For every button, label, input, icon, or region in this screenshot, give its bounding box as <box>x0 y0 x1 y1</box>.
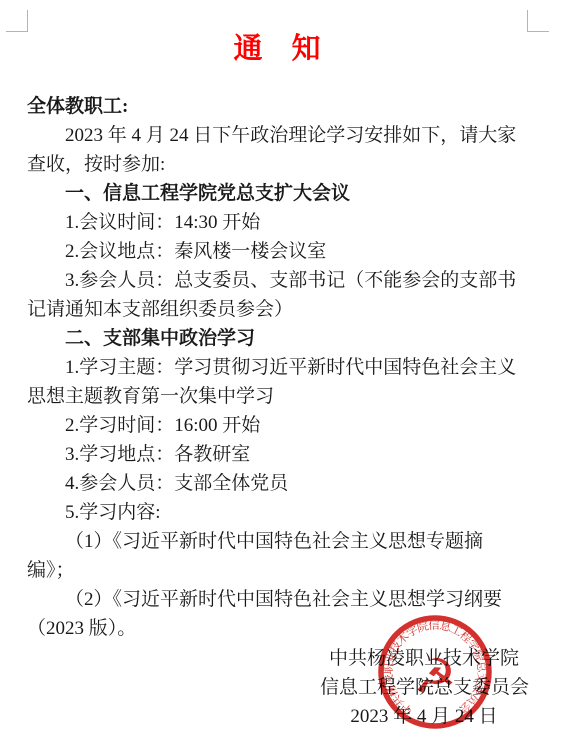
section-1-heading: 一、信息工程学院党总支扩大会议 <box>27 179 527 208</box>
meeting-location-line: 2.会议地点：秦风楼一楼会议室 <box>27 237 527 266</box>
page-margin-mark-top-left <box>6 10 28 32</box>
page-margin-mark-top-right <box>527 10 549 32</box>
meeting-time-line: 1.会议时间：14:30 开始 <box>27 208 527 237</box>
study-material-1-line: （1）《习近平新时代中国特色社会主义思想专题摘编》； <box>27 527 527 585</box>
meeting-attendees-line: 3.参会人员：总支委员、支部书记（不能参会的支部书记请通知本支部组织委员参会） <box>27 266 527 324</box>
notice-body: 全体教职工: 2023 年 4 月 24 日下午政治理论学习安排如下，请大家查收… <box>27 92 527 643</box>
study-content-line: 5.学习内容: <box>27 498 527 527</box>
study-location-line: 3.学习地点：各教研室 <box>27 440 527 469</box>
study-attendees-line: 4.参会人员：支部全体党员 <box>27 469 527 498</box>
hammer-sickle-icon: ☭ <box>413 649 456 705</box>
section-2-heading: 二、支部集中政治学习 <box>27 324 527 353</box>
official-seal-stamp: 中共杨凌职业技术学院信息工程学院总支委员会 ☭ <box>377 614 493 730</box>
intro-paragraph: 2023 年 4 月 24 日下午政治理论学习安排如下，请大家查收，按时参加: <box>27 121 527 179</box>
study-time-line: 2.学习时间：16:00 开始 <box>27 411 527 440</box>
salutation: 全体教职工: <box>27 92 527 121</box>
notice-title: 通 知 <box>27 26 527 67</box>
study-topic-line: 1.学习主题：学习贯彻习近平新时代中国特色社会主义思想主题教育第一次集中学习 <box>27 353 527 411</box>
